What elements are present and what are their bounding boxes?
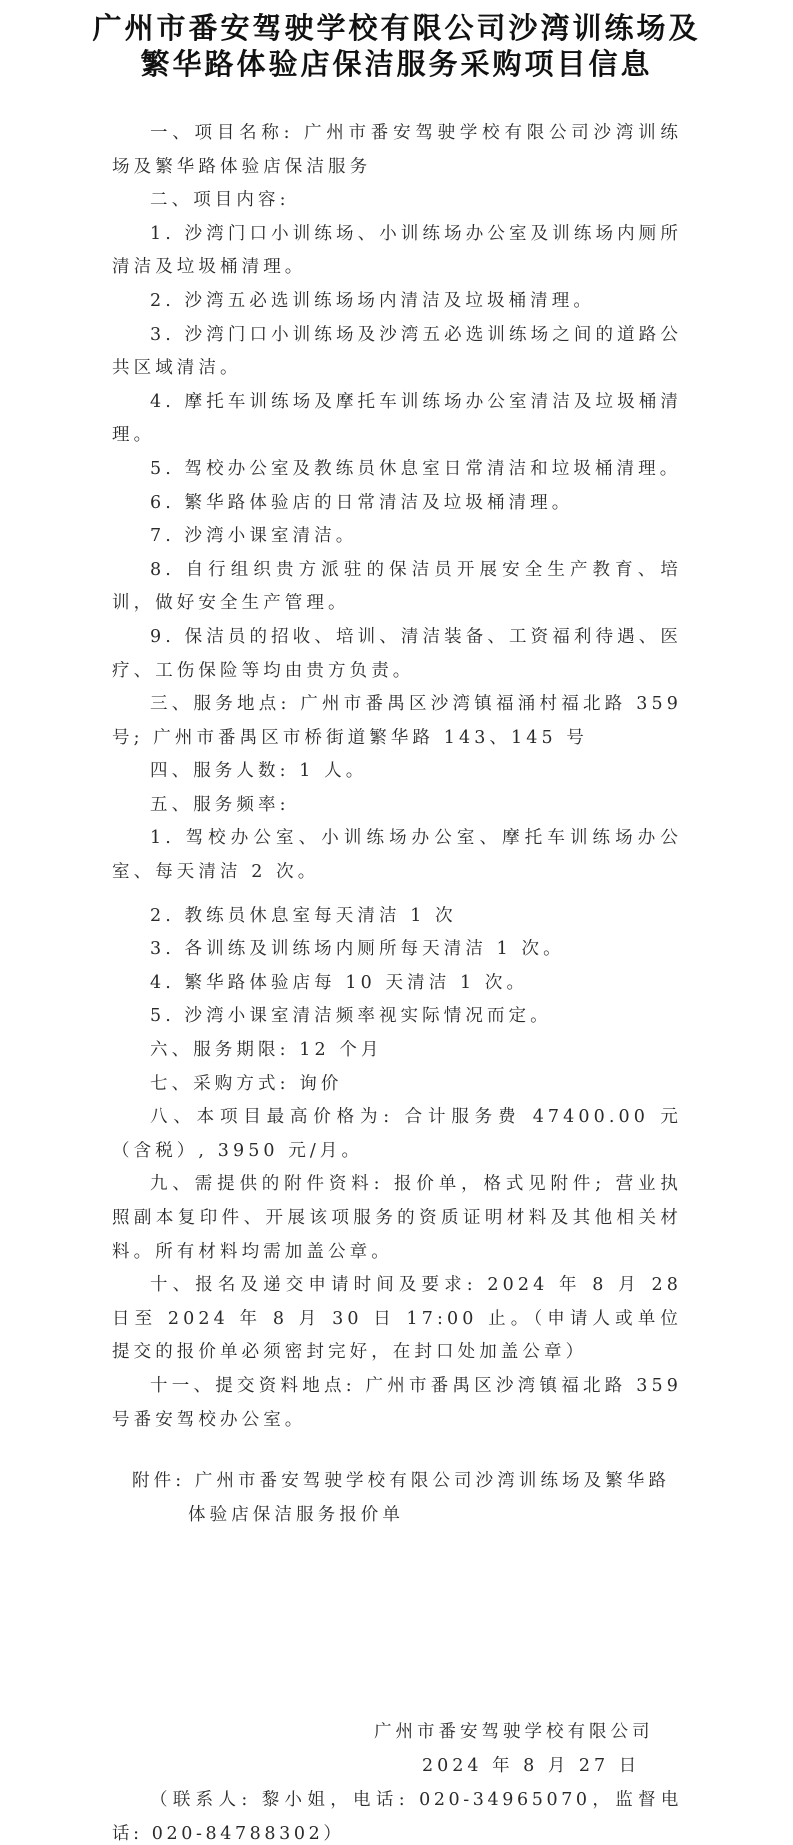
- section-procurement-method: 七、采购方式: 询价: [112, 1068, 682, 1102]
- content-item-1: 1. 沙湾门口小训练场、小训练场办公室及训练场内厕所清洁及垃圾桶清理。: [112, 218, 682, 285]
- signature-date: 2024 年 8 月 27 日: [422, 1750, 793, 1784]
- attachment-line-2: 体验店保洁服务报价单: [112, 1499, 682, 1533]
- section-frequency-heading: 五、服务频率:: [112, 789, 682, 823]
- content-item-9: 9. 保洁员的招收、培训、清洁装备、工资福利待遇、医疗、工伤保险等均由贵方负责。: [112, 621, 682, 688]
- section-staff-count: 四、服务人数: 1 人。: [112, 755, 682, 789]
- attachment-line-1: 附件: 广州市番安驾驶学校有限公司沙湾训练场及繁华路: [112, 1465, 682, 1499]
- document-title-line-1: 广州市番安驾驶学校有限公司沙湾训练场及: [0, 10, 793, 46]
- contact-info: （联系人: 黎小姐，电话: 020-34965070，监督电话: 020-847…: [112, 1784, 682, 1845]
- section-project-name: 一、项目名称: 广州市番安驾驶学校有限公司沙湾训练场及繁华路体验店保洁服务: [112, 117, 682, 184]
- section-attachments-required: 九、需提供的附件资料: 报价单，格式见附件; 营业执照副本复印件、开展该项服务的…: [112, 1168, 682, 1269]
- section-service-period: 六、服务期限: 12 个月: [112, 1034, 682, 1068]
- content-item-3: 3. 沙湾门口小训练场及沙湾五必选训练场之间的道路公共区域清洁。: [112, 319, 682, 386]
- spacer: [112, 1437, 682, 1465]
- content-item-7: 7. 沙湾小课室清洁。: [112, 520, 682, 554]
- frequency-item-5: 5. 沙湾小课室清洁频率视实际情况而定。: [112, 1000, 682, 1034]
- spacer: [112, 890, 682, 900]
- section-application-time: 十、报名及递交申请时间及要求: 2024 年 8 月 28 日至 2024 年 …: [112, 1269, 682, 1370]
- content-item-5: 5. 驾校办公室及教练员休息室日常清洁和垃圾桶清理。: [112, 453, 682, 487]
- document-body: 一、项目名称: 广州市番安驾驶学校有限公司沙湾训练场及繁华路体验店保洁服务 二、…: [112, 117, 682, 1532]
- content-item-4: 4. 摩托车训练场及摩托车训练场办公室清洁及垃圾桶清理。: [112, 386, 682, 453]
- signature-company: 广州市番安驾驶学校有限公司: [374, 1716, 793, 1750]
- section-max-price: 八、本项目最高价格为: 合计服务费 47400.00 元（含税）, 3950 元…: [112, 1101, 682, 1168]
- content-item-8: 8. 自行组织贵方派驻的保洁员开展安全生产教育、培训，做好安全生产管理。: [112, 554, 682, 621]
- content-item-6: 6. 繁华路体验店的日常清洁及垃圾桶清理。: [112, 487, 682, 521]
- section-content-heading: 二、项目内容:: [112, 184, 682, 218]
- frequency-item-2: 2. 教练员休息室每天清洁 1 次: [112, 900, 682, 934]
- frequency-item-4: 4. 繁华路体验店每 10 天清洁 1 次。: [112, 967, 682, 1001]
- section-submission-location: 十一、提交资料地点: 广州市番禺区沙湾镇福北路 359 号番安驾校办公室。: [112, 1370, 682, 1437]
- frequency-item-3: 3. 各训练及训练场内厕所每天清洁 1 次。: [112, 933, 682, 967]
- document-title-line-2: 繁华路体验店保洁服务采购项目信息: [0, 46, 793, 82]
- frequency-item-1: 1. 驾校办公室、小训练场办公室、摩托车训练场办公室、每天清洁 2 次。: [112, 822, 682, 889]
- contact-text: （联系人: 黎小姐，电话: 020-34965070，监督电话: 020-847…: [112, 1784, 682, 1845]
- section-service-location: 三、服务地点: 广州市番禺区沙湾镇福涌村福北路 359 号; 广州市番禺区市桥街…: [112, 688, 682, 755]
- content-item-2: 2. 沙湾五必选训练场场内清洁及垃圾桶清理。: [112, 285, 682, 319]
